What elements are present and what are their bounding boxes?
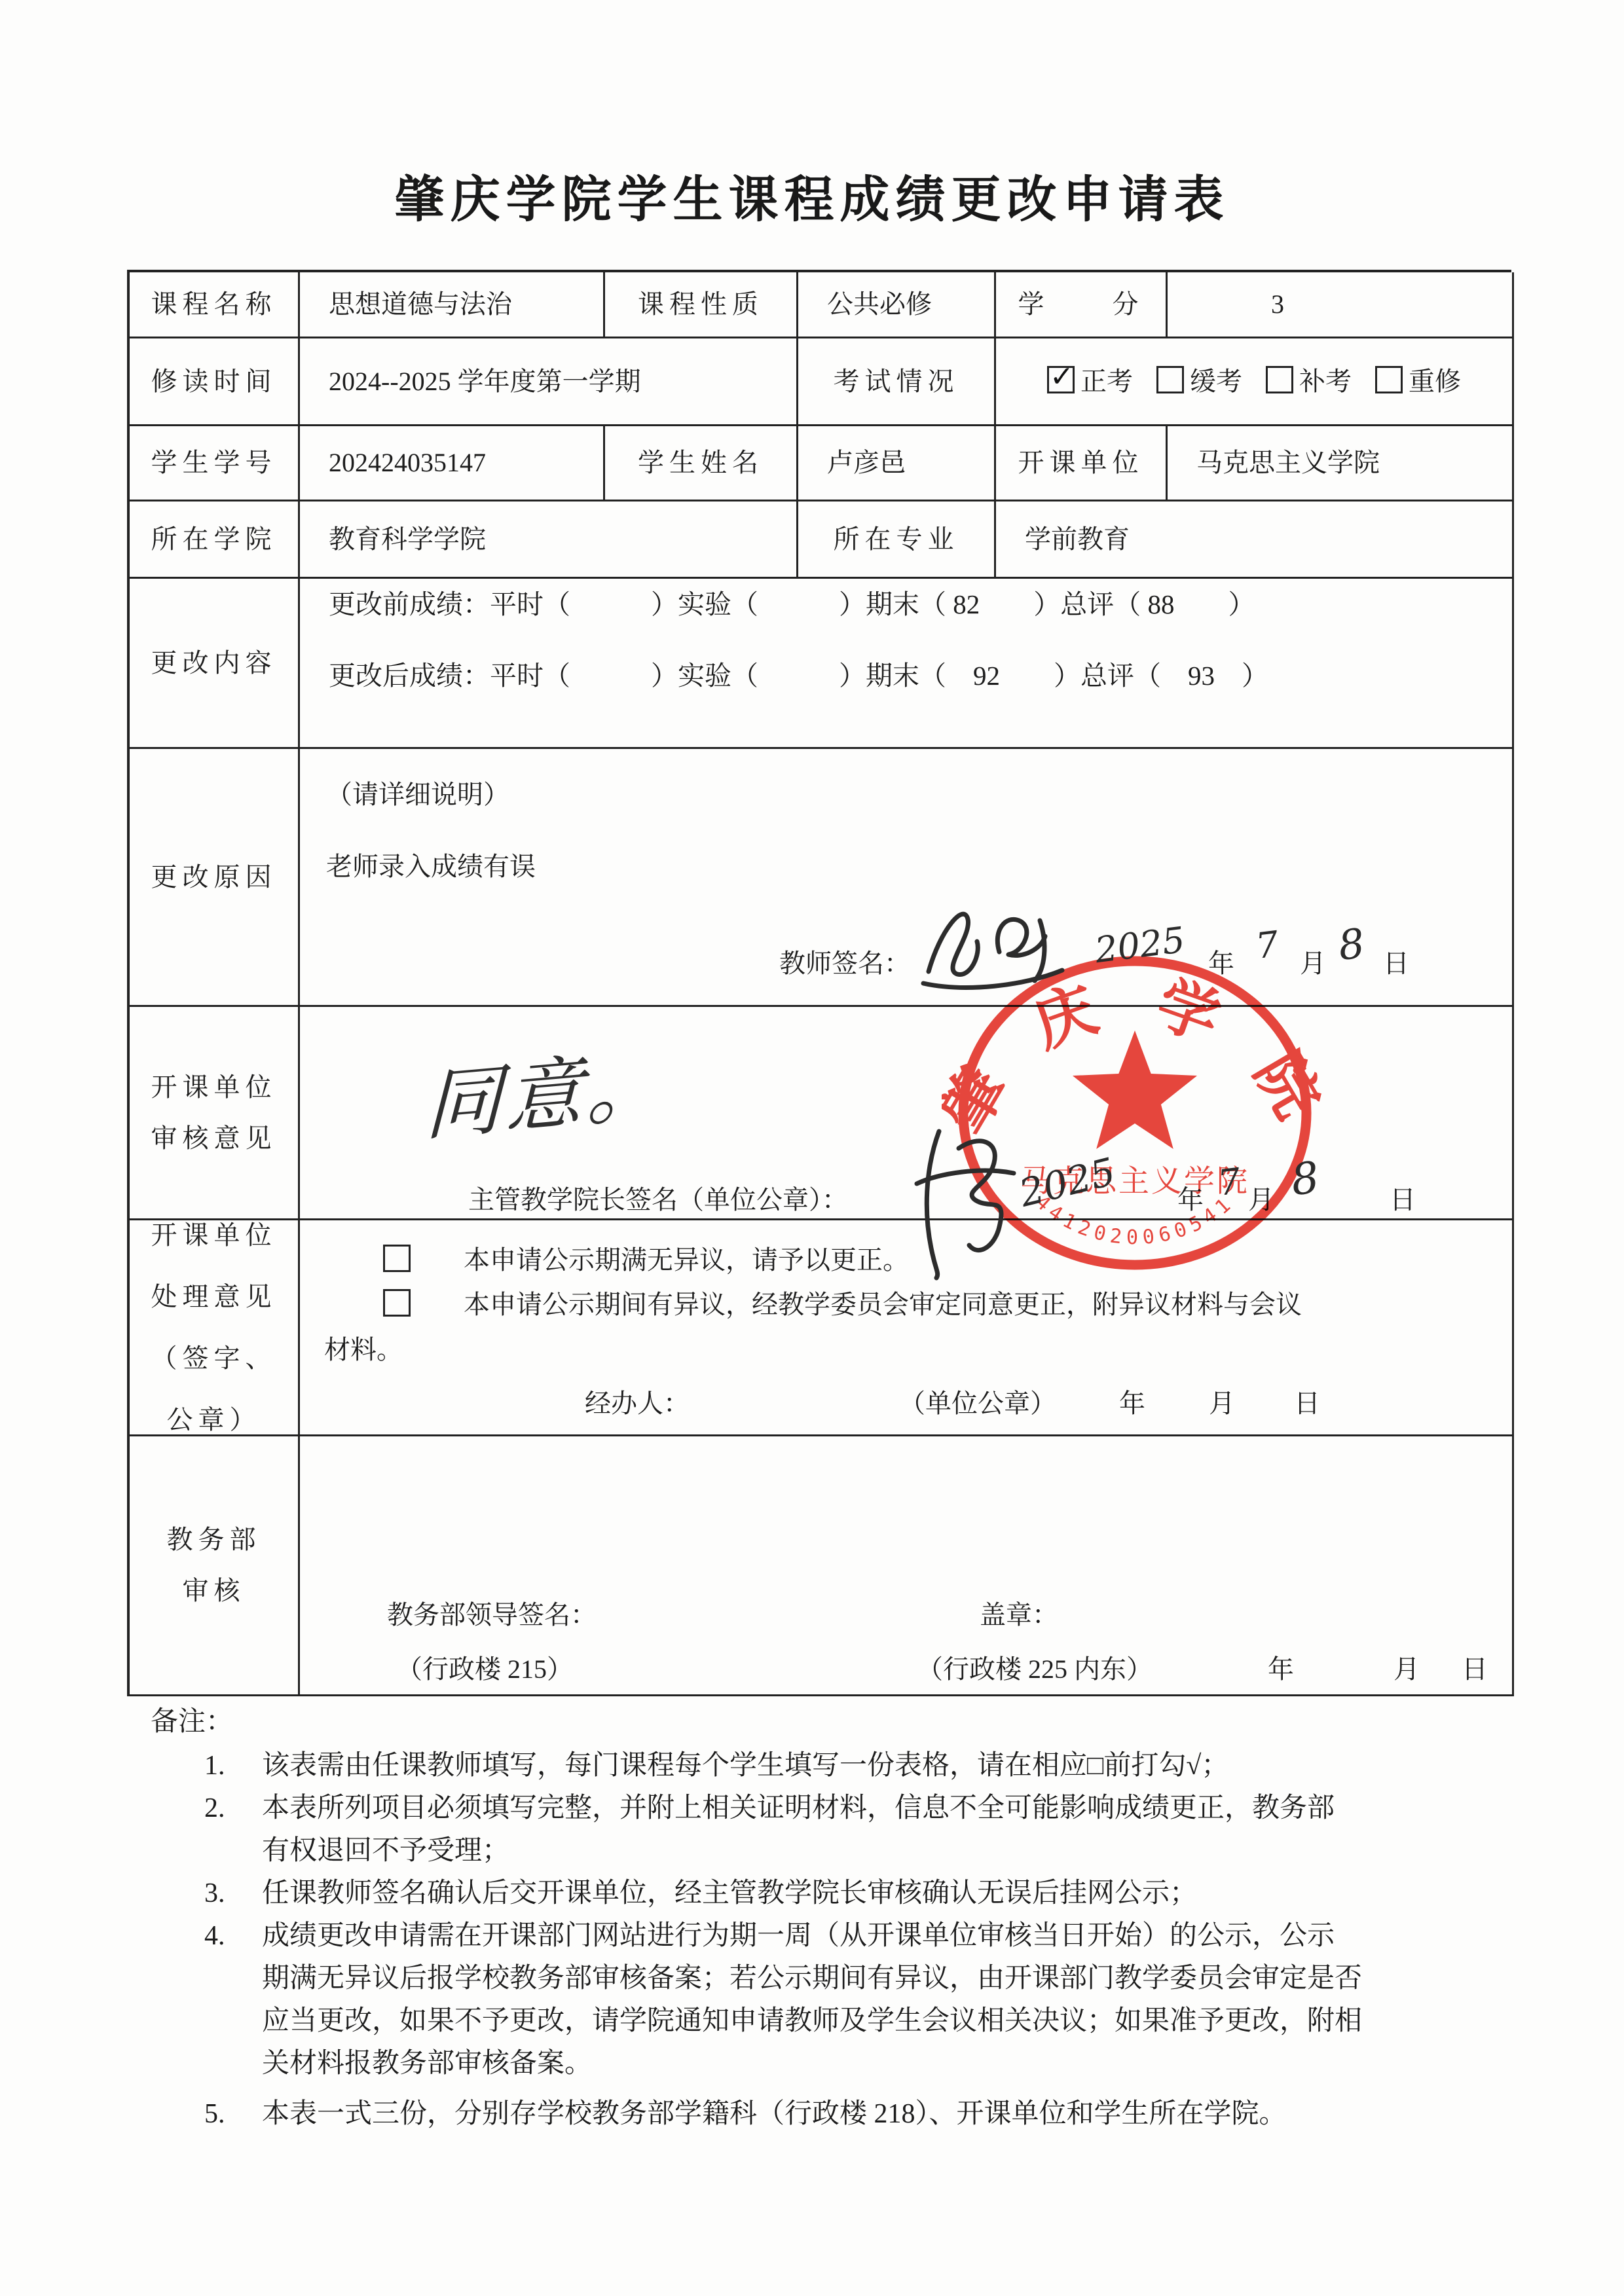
note-line: 有权退回不予受理； — [262, 1830, 1335, 1872]
note-number: 4. — [204, 1915, 262, 2085]
note-line: 本表所列项目必须填写完整，并附上相关证明材料，信息不全可能影响成绩更正，教务部 — [262, 1787, 1335, 1830]
decision-option-2-text: 本申请公示期间有异议，经教学委员会审定同意更正，附异议材料与会议 — [464, 1290, 1302, 1319]
note-line: 本表一式三份，分别存学校教务部学籍科（行政楼 218）、开课单位和学生所在学院。 — [262, 2093, 1287, 2136]
unit-decision-label-line: 开课单位 — [151, 1219, 277, 1252]
change-content-cell: 更改前成绩：平时（ ）实验（ ）期末（ 82 ）总评（ 88 ） 更改后成绩：平… — [300, 579, 1514, 749]
change-reason-label: 更改原因 — [130, 749, 300, 1007]
student-name-label: 学生姓名 — [605, 426, 798, 501]
dean-date-day-label: 日 — [1390, 1179, 1416, 1216]
room-2-label: （行政楼 225 内东） — [917, 1649, 1153, 1686]
teacher-date-day-label: 日 — [1383, 943, 1409, 980]
exam-option-label: 缓考 — [1190, 367, 1242, 396]
note-line: 应当更改，如果不予更改，请学院通知申请教师及学生会议相关决议；如果准予更改，附相 — [262, 2000, 1362, 2043]
unit-review-label-line: 开课单位 — [151, 1071, 277, 1104]
academic-date-day-label: 日 — [1462, 1649, 1488, 1686]
notes-heading: 备注： — [151, 1701, 1559, 1743]
college-value: 教育科学学院 — [300, 501, 798, 579]
student-name-value: 卢彦邑 — [798, 426, 996, 501]
note-line: 任课教师签名确认后交开课单位，经主管教学院长审核确认无误后挂网公示； — [262, 1872, 1197, 1915]
exam-option-regular: ✓正考 — [1047, 365, 1133, 398]
room-1-label: （行政楼 215） — [396, 1649, 573, 1686]
unit-decision-label-line: 公章） — [167, 1404, 261, 1436]
teacher-signature — [902, 892, 1079, 996]
credit-label: 学 分 — [996, 272, 1168, 338]
academic-office-label-line: 审核 — [183, 1575, 246, 1607]
major-label: 所在专业 — [798, 501, 996, 579]
decision-date-year-label: 年 — [1119, 1383, 1145, 1420]
decision-option-1-text: 本申请公示期满无异议，请予以更正。 — [464, 1245, 909, 1275]
academic-date-year-label: 年 — [1268, 1649, 1294, 1686]
checkbox-empty-icon — [1266, 366, 1293, 393]
course-type-label: 课程性质 — [605, 272, 798, 338]
unit-seal-label: （单位公章） — [899, 1383, 1056, 1420]
reason-hint: （请详细说明） — [326, 774, 509, 811]
unit-review-label-line: 审核意见 — [151, 1122, 277, 1155]
dean-sign-label: 主管教学院长签名（单位公章）： — [468, 1179, 848, 1216]
page-title: 肇庆学院学生课程成绩更改申请表 — [0, 160, 1624, 231]
course-type-value: 公共必修 — [798, 272, 996, 338]
scores-before-line: 更改前成绩：平时（ ）实验（ ）期末（ 82 ）总评（ 88 ） — [329, 588, 1255, 621]
star-icon — [1073, 1030, 1197, 1149]
note-number: 1. — [204, 1745, 262, 1787]
note-line: 期满无异议后报学校教务部审核备案；若公示期间有异议，由开课部门教学委员会审定是否 — [262, 1958, 1362, 2000]
exam-option-label: 正考 — [1080, 367, 1133, 396]
unit-decision-label-line: 处理意见 — [151, 1281, 277, 1313]
scores-after-line: 更改后成绩：平时（ ）实验（ ）期末（ 92 ）总评（ 93 ） — [329, 659, 1268, 693]
exam-option-label: 补考 — [1299, 367, 1352, 396]
offering-unit-value: 马克思主义学院 — [1168, 426, 1514, 501]
checkbox-empty-icon — [383, 1245, 411, 1272]
decision-date-month-label: 月 — [1209, 1383, 1235, 1420]
course-name-label: 课程名称 — [130, 272, 300, 338]
decision-date-day-label: 日 — [1294, 1383, 1320, 1420]
seal-label: 盖章： — [980, 1594, 1058, 1631]
note-item: 2. 本表所列项目必须填写完整，并附上相关证明材料，信息不全可能影响成绩更正，教… — [204, 1787, 1559, 1872]
academic-office-label: 教务部 审核 — [130, 1436, 300, 1696]
academic-sign-label: 教务部领导签名： — [387, 1594, 597, 1631]
operator-label: 经办人： — [585, 1383, 690, 1420]
college-label: 所在学院 — [130, 501, 300, 579]
note-item: 1. 该表需由任课教师填写，每门课程每个学生填写一份表格，请在相应□前打勾√； — [204, 1745, 1559, 1787]
unit-decision-label-line: （签字、 — [151, 1342, 277, 1375]
exam-option-makeup: 补考 — [1266, 365, 1352, 398]
course-name-value: 思想道德与法治 — [300, 272, 605, 338]
exam-status-options: ✓正考 缓考 补考 重修 — [996, 338, 1514, 426]
note-line: 关材料报教务部审核备案。 — [262, 2043, 1362, 2085]
unit-review-label: 开课单位 审核意见 — [130, 1007, 300, 1220]
checkbox-empty-icon — [1156, 366, 1184, 393]
note-line: 该表需由任课教师填写，每门课程每个学生填写一份表格，请在相应□前打勾√； — [262, 1745, 1228, 1787]
checkbox-checked-icon: ✓ — [1047, 366, 1075, 393]
notes-section: 备注： 1. 该表需由任课教师填写，每门课程每个学生填写一份表格，请在相应□前打… — [151, 1701, 1559, 2136]
note-line: 成绩更改申请需在开课部门网站进行为期一周（从开课单位审核当日开始）的公示，公示 — [262, 1915, 1362, 1958]
credit-value: 3 — [1168, 272, 1514, 338]
note-item: 5. 本表一式三份，分别存学校教务部学籍科（行政楼 218）、开课单位和学生所在… — [204, 2093, 1559, 2136]
study-time-value: 2024--2025 学年度第一学期 — [300, 338, 798, 426]
academic-office-label-line: 教务部 — [167, 1523, 261, 1556]
dean-signature — [898, 1121, 1036, 1281]
academic-date-month-label: 月 — [1393, 1649, 1420, 1686]
scanned-form-page: 肇庆学院学生课程成绩更改申请表 课程名称 思想道德与法治 课程性质 公共必修 学… — [0, 0, 1624, 2296]
exam-status-label: 考试情况 — [798, 338, 996, 426]
note-item: 3. 任课教师签名确认后交开课单位，经主管教学院长审核确认无误后挂网公示； — [204, 1872, 1559, 1915]
note-number: 2. — [204, 1787, 262, 1872]
major-value: 学前教育 — [996, 501, 1514, 579]
note-item: 4. 成绩更改申请需在开课部门网站进行为期一周（从开课单位审核当日开始）的公示，… — [204, 1915, 1559, 2085]
study-time-label: 修读时间 — [130, 338, 300, 426]
student-id-value: 202424035147 — [300, 426, 605, 501]
decision-option-2: 本申请公示期间有异议，经教学委员会审定同意更正，附异议材料与会议 — [383, 1284, 1302, 1321]
note-number: 5. — [204, 2093, 262, 2136]
approval-handwriting: 同意。 — [424, 1022, 669, 1155]
reason-text: 老师录入成绩有误 — [326, 846, 536, 883]
student-id-label: 学生学号 — [130, 426, 300, 501]
offering-unit-label: 开课单位 — [996, 426, 1168, 501]
unit-decision-label: 开课单位 处理意见 （签字、 公章） — [130, 1220, 300, 1436]
change-content-label: 更改内容 — [130, 579, 300, 749]
decision-option-1: 本申请公示期满无异议，请予以更正。 — [383, 1239, 909, 1277]
checkbox-empty-icon — [383, 1289, 411, 1317]
checkbox-empty-icon — [1375, 366, 1403, 393]
exam-option-retake: 重修 — [1375, 365, 1461, 398]
exam-option-label: 重修 — [1409, 367, 1461, 396]
exam-option-deferred: 缓考 — [1156, 365, 1242, 398]
note-number: 3. — [204, 1872, 262, 1915]
decision-option-2-wrap: 材料。 — [324, 1329, 403, 1366]
teacher-sign-label: 教师签名： — [779, 943, 910, 980]
